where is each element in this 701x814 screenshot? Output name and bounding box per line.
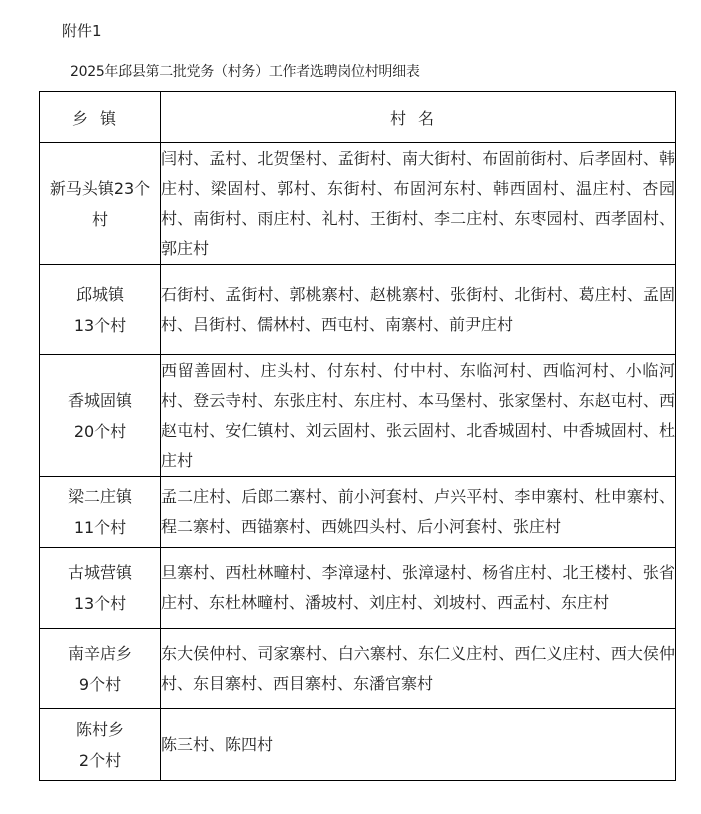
table-row: 梁二庄镇 11个村 孟二庄村、后郎二寨村、前小河套村、卢兴平村、李申寨村、杜申寨…	[40, 477, 676, 548]
town-name: 梁二庄镇	[40, 481, 160, 512]
village-table: 乡镇 村名 新马头镇23个 村 闫村、孟村、北贺堡村、孟街村、南大街村、布固前街…	[39, 91, 676, 781]
table-row: 南辛店乡 9个村 东大侯仲村、司家寨村、白六寨村、东仁义庄村、西仁义庄村、西大侯…	[40, 629, 676, 709]
table-row: 邱城镇 13个村 石街村、孟街村、郭桃寨村、赵桃寨村、张街村、北街村、葛庄村、孟…	[40, 265, 676, 355]
town-name: 香城固镇	[40, 385, 160, 416]
table-row: 新马头镇23个 村 闫村、孟村、北贺堡村、孟街村、南大街村、布固前街村、后孝固村…	[40, 143, 676, 265]
villages-cell: 闫村、孟村、北贺堡村、孟街村、南大街村、布固前街村、后孝固村、韩庄村、梁固村、郭…	[161, 143, 676, 265]
town-cell: 邱城镇 13个村	[40, 265, 161, 355]
table-row: 香城固镇 20个村 西留善固村、庄头村、付东村、付中村、东临河村、西临河村、小临…	[40, 355, 676, 477]
village-count: 11个村	[40, 512, 160, 543]
village-count: 13个村	[40, 310, 160, 341]
town-cell: 陈村乡 2个村	[40, 709, 161, 781]
villages-cell: 西留善固村、庄头村、付东村、付中村、东临河村、西临河村、小临河村、登云寺村、东张…	[161, 355, 676, 477]
attachment-label: 附件1	[62, 20, 102, 42]
villages-cell: 陈三村、陈四村	[161, 709, 676, 781]
villages-cell: 石街村、孟街村、郭桃寨村、赵桃寨村、张街村、北街村、葛庄村、孟固村、吕街村、儒林…	[161, 265, 676, 355]
villages-cell: 旦寨村、西杜林疃村、李漳逯村、张漳逯村、杨省庄村、北王楼村、张省庄村、东杜林疃村…	[161, 548, 676, 629]
town-name: 陈村乡	[40, 714, 160, 745]
village-count: 20个村	[40, 416, 160, 447]
village-count: 9个村	[40, 669, 160, 700]
town-cell: 香城固镇 20个村	[40, 355, 161, 477]
header-town: 乡镇	[40, 92, 161, 143]
town-name: 新马头镇23个	[40, 173, 160, 204]
town-name: 古城营镇	[40, 557, 160, 588]
town-cell: 南辛店乡 9个村	[40, 629, 161, 709]
table-row: 古城营镇 13个村 旦寨村、西杜林疃村、李漳逯村、张漳逯村、杨省庄村、北王楼村、…	[40, 548, 676, 629]
town-cell: 梁二庄镇 11个村	[40, 477, 161, 548]
town-name: 南辛店乡	[40, 638, 160, 669]
village-count: 2个村	[40, 745, 160, 776]
table-header-row: 乡镇 村名	[40, 92, 676, 143]
village-count: 村	[40, 204, 160, 235]
document-title: 2025年邱县第二批党务（村务）工作者选聘岗位村明细表	[70, 61, 420, 83]
village-count: 13个村	[40, 588, 160, 619]
villages-cell: 孟二庄村、后郎二寨村、前小河套村、卢兴平村、李申寨村、杜申寨村、程二寨村、西锚寨…	[161, 477, 676, 548]
villages-cell: 东大侯仲村、司家寨村、白六寨村、东仁义庄村、西仁义庄村、西大侯仲村、东目寨村、西…	[161, 629, 676, 709]
header-villages: 村名	[161, 92, 676, 143]
town-cell: 古城营镇 13个村	[40, 548, 161, 629]
town-name: 邱城镇	[40, 279, 160, 310]
town-cell: 新马头镇23个 村	[40, 143, 161, 265]
table-row: 陈村乡 2个村 陈三村、陈四村	[40, 709, 676, 781]
